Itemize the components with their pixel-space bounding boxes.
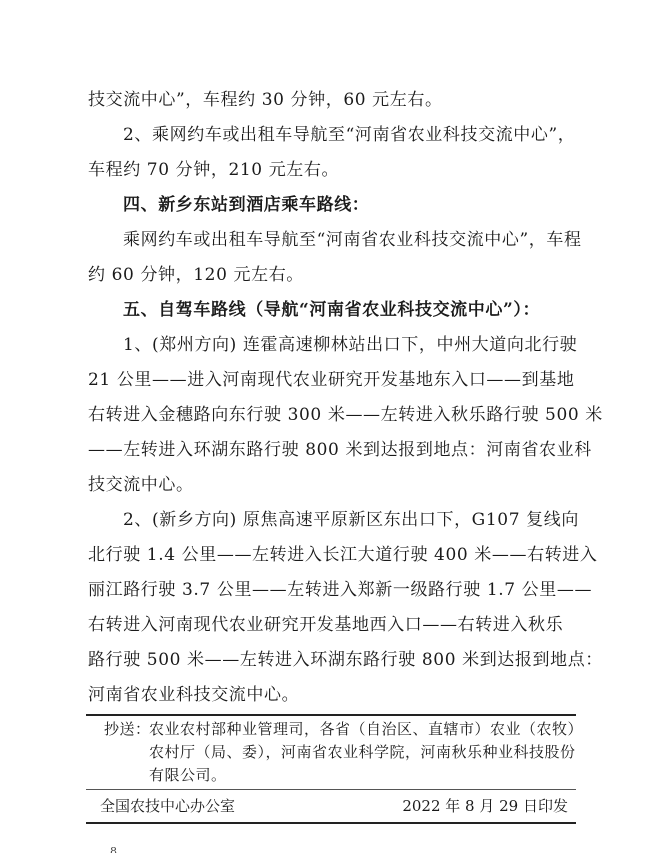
document-page: 技交流中心”，车程约 30 分钟，60 元左右。 2、乘网约车或出租车导航至“河… bbox=[0, 0, 650, 853]
issuer: 全国农技中心办公室 bbox=[100, 796, 235, 816]
section-heading: 五、自驾车路线（导航“河南省农业科技交流中心”）： bbox=[123, 299, 613, 321]
cc-line: 农村厅（局、委），河南省农业科学院，河南秋乐种业科技股份 bbox=[149, 742, 576, 762]
cc-top-rule bbox=[86, 714, 576, 716]
body-line: 车程约 70 分钟，210 元左右。 bbox=[88, 159, 578, 181]
body-line: 技交流中心。 bbox=[88, 474, 578, 496]
cc-line: 有限公司。 bbox=[149, 765, 227, 785]
body-line: 丽江路行驶 3.7 公里——左转进入郑新一级路行驶 1.7 公里—— bbox=[88, 579, 578, 601]
cc-bottom-rule bbox=[86, 789, 576, 790]
body-line: 2、(新乡方向) 原焦高速平原新区东出口下，G107 复线向 bbox=[123, 509, 613, 531]
issue-date: 2022 年 8 月 29 日印发 bbox=[402, 796, 568, 816]
body-line: 右转进入金穗路向东行驶 300 米——左转进入秋乐路行驶 500 米 bbox=[88, 404, 578, 426]
footer-bottom-rule bbox=[86, 822, 576, 824]
body-line: 路行驶 500 米——左转进入环湖东路行驶 800 米到达报到地点： bbox=[88, 649, 578, 671]
section-heading: 四、新乡东站到酒店乘车路线： bbox=[123, 194, 613, 216]
body-line: 2、乘网约车或出租车导航至“河南省农业科技交流中心”， bbox=[123, 124, 613, 146]
body-line: 技交流中心”，车程约 30 分钟，60 元左右。 bbox=[88, 89, 578, 111]
cc-label: 抄送： bbox=[104, 719, 151, 739]
cc-line: 农业农村部种业管理司，各省（自治区、直辖市）农业（农牧） bbox=[149, 719, 583, 739]
body-line: 21 公里——进入河南现代农业研究开发基地东入口——到基地 bbox=[88, 369, 578, 391]
body-line: ——左转进入环湖东路行驶 800 米到达报到地点：河南省农业科 bbox=[88, 439, 578, 461]
body-line: 1、(郑州方向) 连霍高速柳林站出口下，中州大道向北行驶 bbox=[123, 334, 613, 356]
page-number: 8 bbox=[110, 845, 117, 853]
body-line: 北行驶 1.4 公里——左转进入长江大道行驶 400 米——右转进入 bbox=[88, 544, 578, 566]
body-line: 河南省农业科技交流中心。 bbox=[88, 684, 578, 706]
body-line: 右转进入河南现代农业研究开发基地西入口——右转进入秋乐 bbox=[88, 614, 578, 636]
body-line: 乘网约车或出租车导航至“河南省农业科技交流中心”，车程 bbox=[123, 229, 613, 251]
body-line: 约 60 分钟，120 元左右。 bbox=[88, 264, 578, 286]
